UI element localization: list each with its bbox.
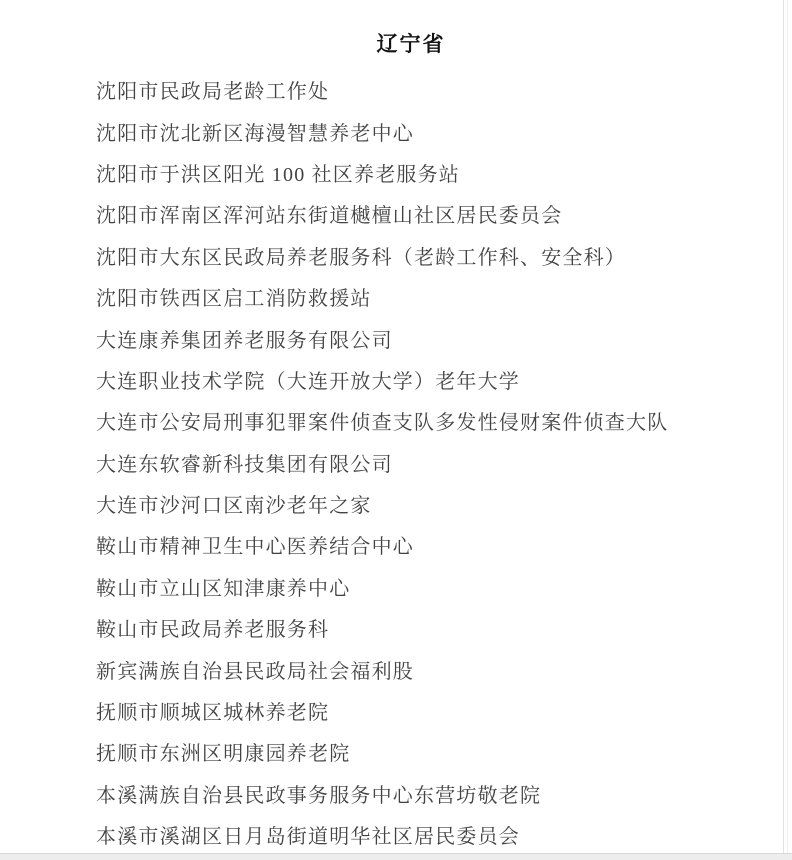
page-bottom-edge [0, 853, 792, 860]
page-right-edge-line [783, 0, 784, 860]
list-item: 抚顺市东洲区明康园养老院 [96, 731, 726, 772]
list-item: 鞍山市民政局养老服务科 [96, 607, 726, 648]
document-content: 辽宁省 沈阳市民政局老龄工作处沈阳市沈北新区海漫智慧养老中心沈阳市于洪区阳光 1… [96, 0, 726, 855]
list-item: 抚顺市顺城区城林养老院 [96, 690, 726, 731]
list-item: 大连东软睿新科技集团有限公司 [96, 442, 726, 483]
org-list: 沈阳市民政局老龄工作处沈阳市沈北新区海漫智慧养老中心沈阳市于洪区阳光 100 社… [96, 69, 726, 855]
list-item: 本溪满族自治县民政事务服务中心东营坊敬老院 [96, 773, 726, 814]
list-item: 新宾满族自治县民政局社会福利股 [96, 648, 726, 689]
page-right-edge-highlight [787, 0, 788, 860]
list-item: 大连职业技术学院（大连开放大学）老年大学 [96, 359, 726, 400]
list-item: 沈阳市于洪区阳光 100 社区养老服务站 [96, 152, 726, 193]
list-item: 大连康养集团养老服务有限公司 [96, 317, 726, 358]
list-item: 沈阳市沈北新区海漫智慧养老中心 [96, 110, 726, 151]
list-item: 大连市沙河口区南沙老年之家 [96, 483, 726, 524]
list-item: 沈阳市铁西区启工消防救援站 [96, 276, 726, 317]
document-page: 辽宁省 沈阳市民政局老龄工作处沈阳市沈北新区海漫智慧养老中心沈阳市于洪区阳光 1… [0, 0, 792, 860]
list-item: 本溪市溪湖区日月岛街道明华社区居民委员会 [96, 814, 726, 855]
list-item: 沈阳市浑南区浑河站东街道樾檀山社区居民委员会 [96, 193, 726, 234]
page-title: 辽宁省 [96, 0, 726, 58]
list-item: 鞍山市精神卫生中心医养结合中心 [96, 524, 726, 565]
list-item: 鞍山市立山区知津康养中心 [96, 566, 726, 607]
list-item: 沈阳市民政局老龄工作处 [96, 69, 726, 110]
list-item: 沈阳市大东区民政局养老服务科（老龄工作科、安全科） [96, 235, 726, 276]
list-item: 大连市公安局刑事犯罪案件侦查支队多发性侵财案件侦查大队 [96, 400, 726, 441]
